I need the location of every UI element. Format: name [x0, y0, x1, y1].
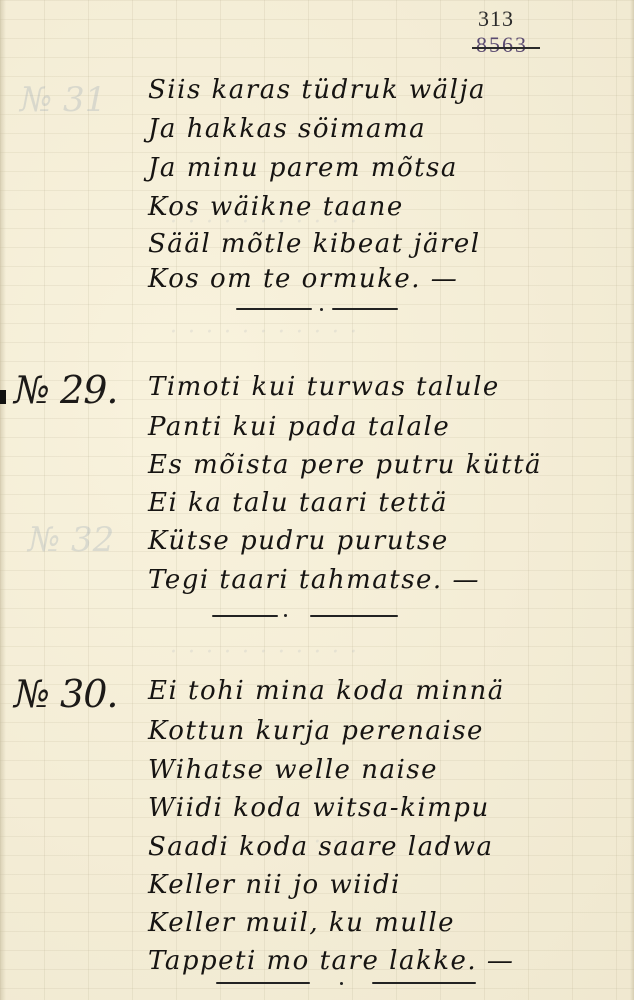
bleed-through-text: · · · · · · · · · · ·: [170, 640, 359, 665]
verse-line: Panti kui pada talale: [148, 412, 450, 442]
verse-line: Tappeti mo tare lakke. —: [148, 946, 514, 976]
page-edge-right: [630, 0, 634, 1000]
manuscript-page: № 31 № 32 · · · · · · · · · · · · · · · …: [0, 0, 634, 1000]
verse-line: Kos wäikne taane: [148, 192, 404, 222]
verse-line: Kütse pudru purutse: [148, 526, 449, 556]
separator-line: [372, 982, 476, 984]
verse-line: Saadi koda saare ladwa: [148, 832, 494, 862]
margin-mark: [0, 390, 6, 404]
old-folio-number: 8563: [476, 32, 528, 58]
separator-dot: [340, 982, 343, 985]
verse-line: Kottun kurja perenaise: [148, 716, 484, 746]
verse-line: Timoti kui turwas talule: [148, 372, 500, 402]
separator-line: [216, 982, 310, 984]
verse-line: Sääl mõtle kibeat järel: [148, 229, 481, 259]
bleed-through-text: · · · · · · · · · · ·: [170, 320, 359, 345]
folio-number: 313: [478, 6, 514, 32]
verse-line: Wiidi koda witsa-kimpu: [148, 793, 490, 823]
strikethrough-line: [472, 47, 540, 49]
separator-line: [236, 308, 312, 310]
bleed-through-number-2: № 32: [28, 520, 114, 560]
verse-number: № 30.: [14, 672, 117, 716]
verse-line: Ja hakkas söimama: [148, 114, 426, 144]
verse-line: Tegi taari tahmatse. —: [148, 565, 480, 595]
verse-number: № 29.: [14, 368, 117, 412]
verse-line: Ja minu parem mõtsa: [148, 153, 458, 183]
separator-line: [332, 308, 398, 310]
verse-line: Keller nii jo wiidi: [148, 870, 401, 900]
bleed-through-number: № 31: [20, 80, 106, 120]
separator-dot: [320, 308, 323, 311]
verse-line: Siis karas tüdruk wälja: [148, 75, 486, 105]
verse-line: Ei ka talu taari tettä: [148, 488, 448, 518]
separator-line: [212, 615, 278, 617]
separator-line: [310, 615, 398, 617]
verse-line: Keller muil, ku mulle: [148, 908, 455, 938]
verse-line: Ei tohi mina koda minnä: [148, 676, 505, 706]
page-edge-left: [0, 0, 6, 1000]
separator-dot: [284, 614, 287, 617]
verse-line: Es mõista pere putru küttä: [148, 450, 542, 480]
verse-line: Wihatse welle naise: [148, 755, 438, 785]
verse-line: Kos om te ormuke. —: [148, 264, 458, 294]
